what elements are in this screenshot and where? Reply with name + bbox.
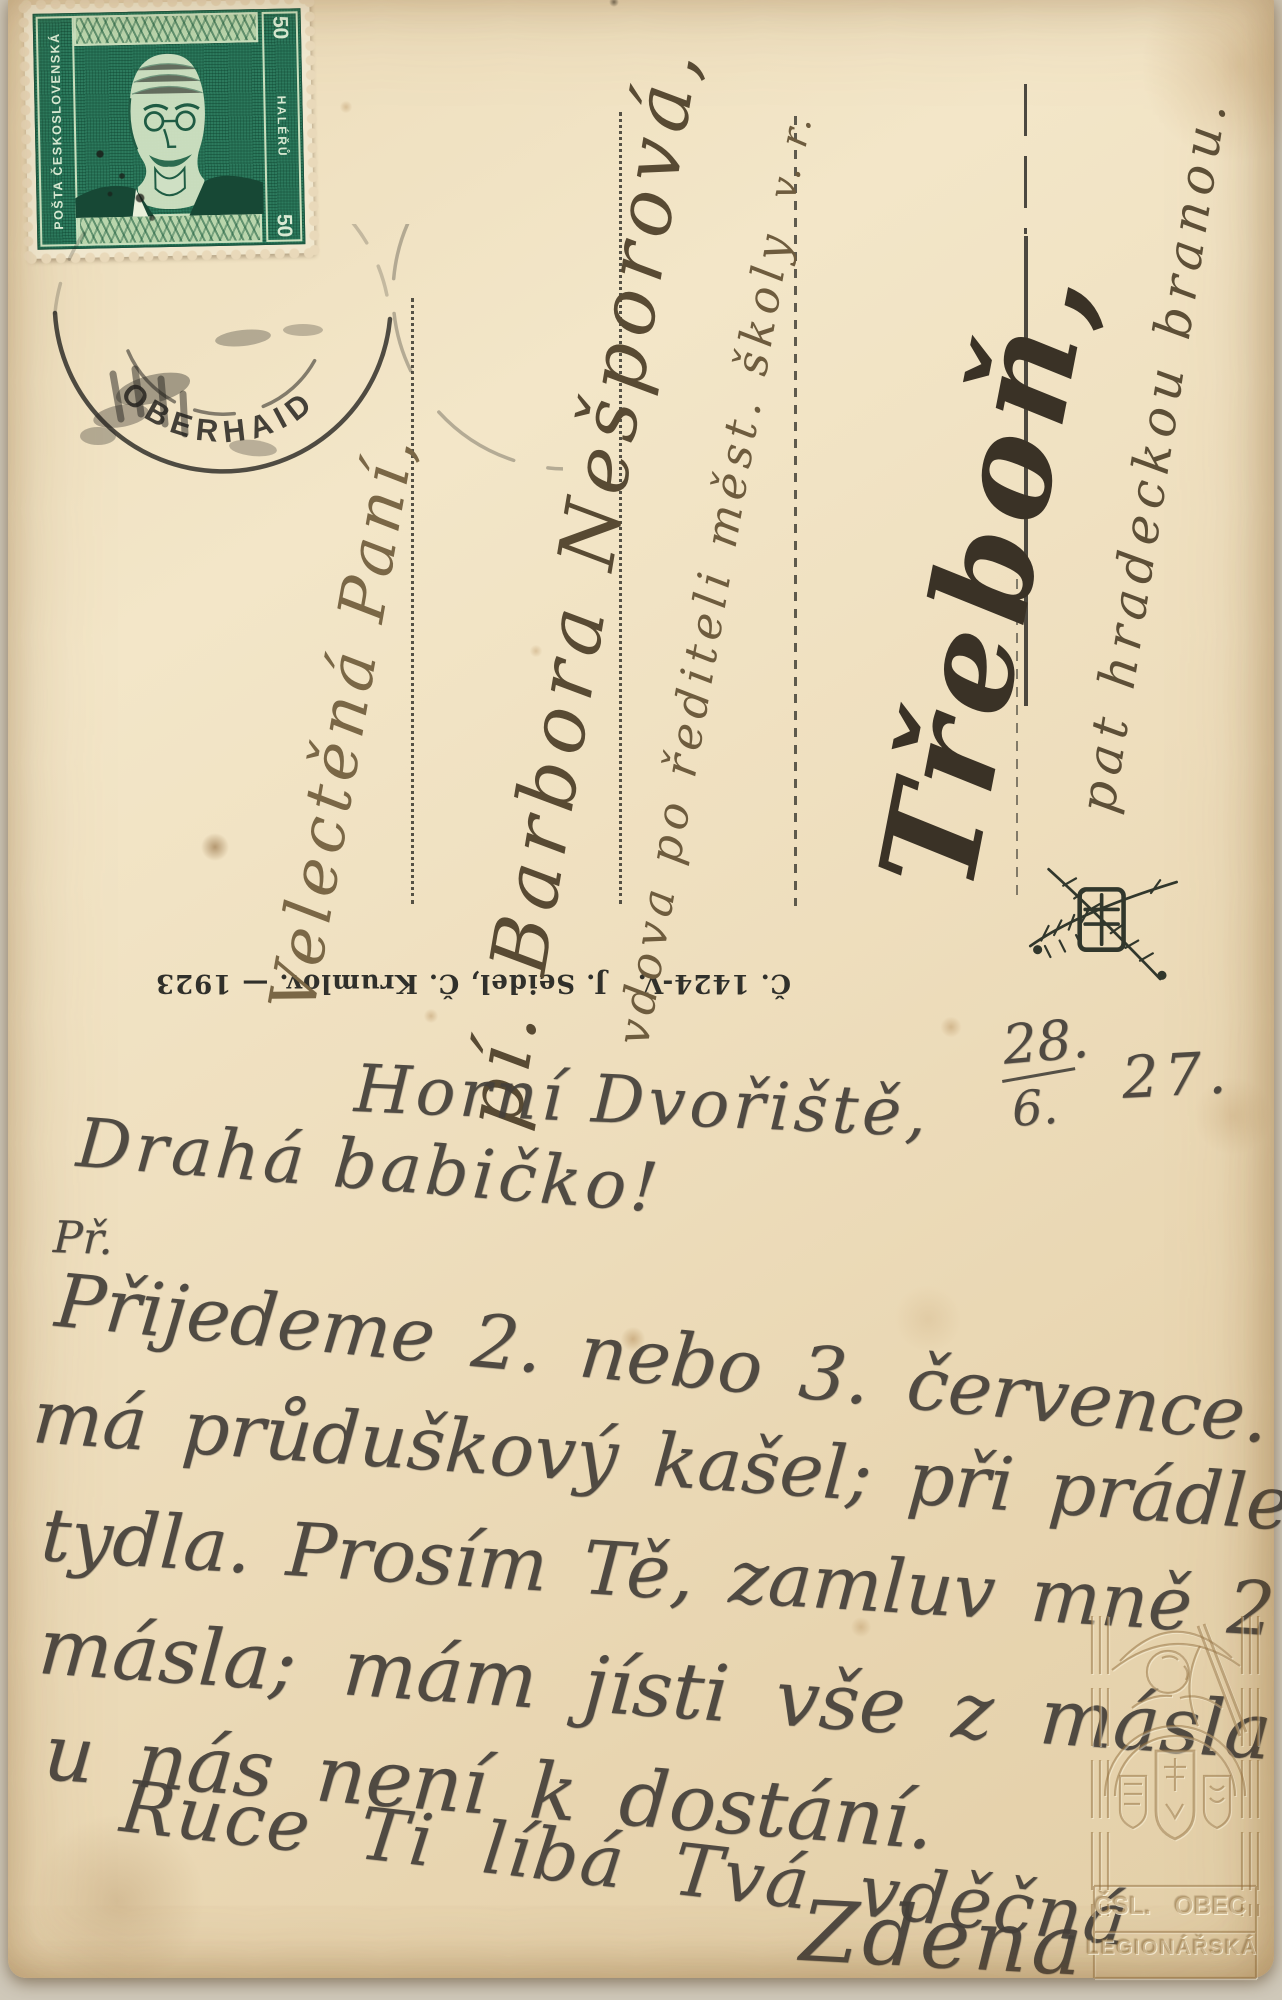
postage-stamp: POŠTA ČESKOSLOVENSKÁ 50 HALÉŘŮ 50 [23, 0, 314, 259]
stamp-value: 50 [268, 16, 292, 40]
message-false-start: Př. [52, 1212, 114, 1265]
stain [608, 0, 620, 8]
message-date-month: 6. [1010, 1079, 1060, 1138]
stain [422, 1008, 440, 1024]
stamp-design: POŠTA ČESKOSLOVENSKÁ 50 HALÉŘŮ 50 [33, 8, 306, 250]
stamp-currency-label: HALÉŘŮ [274, 95, 289, 157]
postcard-scan: Č. 1424-V. J. Seidel, Č. Krumlov. — 1923… [0, 0, 1282, 2000]
watermark-org-short2: OBEC [1174, 1892, 1246, 1921]
legion-emblem-watermark [1080, 1586, 1270, 1986]
postmark: OBERHAID BE [3, 224, 563, 529]
postmark-town: OBERHAID BE [3, 224, 334, 450]
printed-address-line-4-top [1024, 84, 1027, 234]
postcard-paper: Č. 1424-V. J. Seidel, Č. Krumlov. — 1923… [8, 0, 1274, 1978]
stain [938, 1016, 964, 1038]
stamp-country-label: POŠTA ČESKOSLOVENSKÁ [48, 33, 66, 231]
message-date-year: 27. [1120, 1038, 1234, 1112]
watermark-org-short1: ČSL. [1094, 1892, 1151, 1921]
stain [198, 832, 232, 862]
message-signature: Zdena [798, 1882, 1089, 1995]
cross-sprig-emblem [1023, 858, 1183, 1003]
stamp-value-band: 50 HALÉŘŮ 50 [262, 11, 303, 242]
watermark-org-long: LEGIONÁŘSKÁ [1086, 1936, 1258, 1960]
stamp-portrait-masaryk [72, 40, 264, 218]
address-note: v. r. [760, 109, 821, 203]
svg-text:OBERHAID BE: OBERHAID BE [3, 224, 334, 450]
address-street: pat hradeckou branou. [1068, 92, 1239, 817]
stain [338, 100, 354, 114]
message-date-day: 28. [1000, 1007, 1091, 1077]
